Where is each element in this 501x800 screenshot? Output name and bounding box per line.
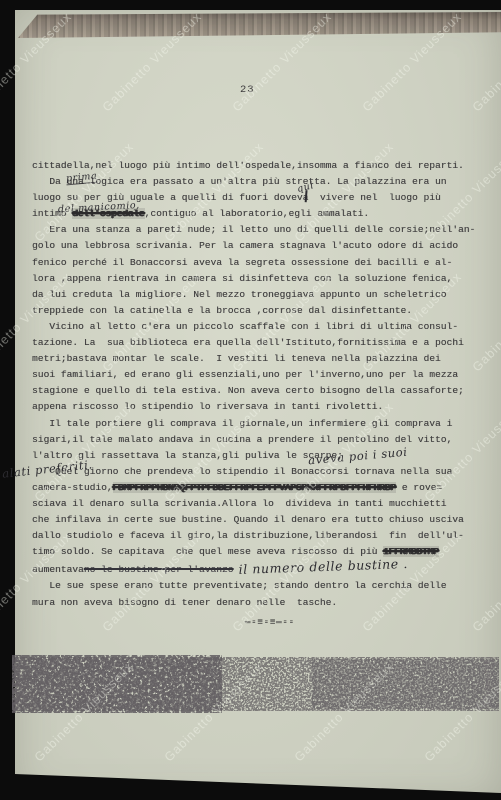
grain-noise-image <box>12 655 499 713</box>
scanned-document-photo: { "page_number": "23", "watermark": { "t… <box>0 0 501 800</box>
handwritten-text: il numero delle bustine . <box>233 556 407 578</box>
typed-text: intimo <box>32 208 72 219</box>
typescript-line: mura non aveva bisogno di tener denaro n… <box>32 595 487 611</box>
typescript-line: Quel giorno che prendeva lo stipendio il… <box>32 464 487 480</box>
typescript-line: timo soldo. Se capitava che quel mese av… <box>32 544 487 560</box>
typed-text: Vicino al letto c'era un piccolo scaffal… <box>32 321 458 332</box>
typed-text: dallo studiolo e faceva il giro,la distr… <box>32 530 464 541</box>
typescript-line: Vicino al letto c'era un piccolo scaffal… <box>32 319 487 335</box>
struck-text: FBMPFRPPHBNRQFPTPFBBEFFRPFEPFPVAPSPHRFFR… <box>113 482 396 493</box>
typed-text: camera-studio, <box>32 482 113 493</box>
typescript-line: stagione e quello di tela estiva. Non av… <box>32 383 487 399</box>
typescript-line: intimo dell'ospedale,contiguo al laborat… <box>32 206 487 222</box>
typed-text: che infilava in certe sue bustine. Quand… <box>32 514 464 525</box>
typed-text: metri;bastava montar le scale. I vestiti… <box>32 353 441 364</box>
typescript-line: sciava il denaro sulla scrivania.Allora … <box>32 496 487 512</box>
typescript-line: golo una lebbrosa scrivania. Per la came… <box>32 238 487 254</box>
typescript-line: suoi familiari, ed erano gli essenziali,… <box>32 367 487 383</box>
typescript-line: Era una stanza a pareti nude; il letto u… <box>32 222 487 238</box>
typed-text: —-=-=—-- <box>32 617 295 628</box>
typed-text: treppiede con la catinella e la brocca ,… <box>32 305 412 316</box>
struck-text: dell'ospedale <box>72 208 144 219</box>
typed-text: tazione. La sua biblioteca era quella de… <box>32 337 464 348</box>
typescript-line: dallo studiolo e faceva il giro,la distr… <box>32 528 487 544</box>
typed-text: golo una lebbrosa scrivania. Per la came… <box>32 240 458 251</box>
typescript-line: treppiede con la catinella e la brocca ,… <box>32 303 487 319</box>
page-number: 23 <box>240 84 255 96</box>
grain-texture-band <box>12 655 499 713</box>
typed-text: mura non aveva bisogno di tener denaro n… <box>32 597 337 608</box>
typescript-line: tazione. La sua biblioteca era quella de… <box>32 335 487 351</box>
typed-text: timo soldo. Se capitava che quel mese av… <box>32 546 383 557</box>
typescript-line: Le sue spese erano tutte preventivate; s… <box>32 578 487 594</box>
typed-text: Il tale portiere gli comprava il giornal… <box>32 418 452 429</box>
typed-text: aumentava <box>32 564 84 575</box>
struck-text: no le bustine per l'avanzo <box>84 564 234 575</box>
typed-text: fenico perché il Bonaccorsi aveva la seg… <box>32 257 452 268</box>
typescript-line: Il tale portiere gli comprava il giornal… <box>32 416 487 432</box>
typescript-line: l'altro gli rassettava la stanza,gli pul… <box>32 448 487 464</box>
typed-text: sigari,il tale malato andava in cucina a… <box>32 434 452 445</box>
typed-text: l'altro gli rassettava la stanza,gli pul… <box>32 450 343 461</box>
typewritten-text-block: cittadella,nel luogo più intimo dell'osp… <box>32 158 487 631</box>
typescript-line: aumentavano le bustine per l'avanzo il n… <box>32 560 487 578</box>
typescript-line: da lui creduta la migliore. Nel mezzo tr… <box>32 287 487 303</box>
typescript-line: —-=-=—-- <box>32 615 487 631</box>
typed-text: sciava il denaro sulla scrivania.Allora … <box>32 498 447 509</box>
typescript-line: cittadella,nel luogo più intimo dell'osp… <box>32 158 487 174</box>
typed-text: cittadella,nel luogo più intimo dell'osp… <box>32 160 464 171</box>
typed-text: stagione e quello di tela estiva. Non av… <box>32 385 464 396</box>
typed-text: Da una logica era passato a un'altra più… <box>32 176 447 187</box>
typescript-line: fenico perché il Bonaccorsi aveva la seg… <box>32 255 487 271</box>
typed-text: ,contiguo al laboratorio,egli ammalati. <box>145 208 370 219</box>
typed-text: Quel giorno che prendeva lo stipendio il… <box>32 466 452 477</box>
typescript-line: metri;bastava montar le scale. I vestiti… <box>32 351 487 367</box>
typescript-line: luogo su per giù uguale a quelli di fuor… <box>32 190 487 206</box>
typed-text: suoi familiari, ed erano gli essenziali,… <box>32 369 458 380</box>
typed-text: Le sue spese erano tutte preventivate; s… <box>32 580 447 591</box>
typed-text: Era una stanza a pareti nude; il letto u… <box>32 224 475 235</box>
typescript-line: appena riscosso lo stipendio lo riversav… <box>32 399 487 415</box>
typed-text: appena riscosso lo stipendio lo riversav… <box>32 401 383 412</box>
typescript-line: lora ,appena rientrava in camera si disi… <box>32 271 487 287</box>
typed-text: da lui creduta la migliore. Nel mezzo tr… <box>32 289 447 300</box>
typescript-line: che infilava in certe sue bustine. Quand… <box>32 512 487 528</box>
typed-text: luogo su per giù uguale a quelli di fuor… <box>32 192 441 203</box>
typed-text: e rove= <box>396 482 442 493</box>
typescript-line: camera-studio,FBMPFRPPHBNRQFPTPFBBEFFRPF… <box>32 480 487 496</box>
typescript-line: sigari,il tale malato andava in cucina a… <box>32 432 487 448</box>
typescript-line: Da una logica era passato a un'altra più… <box>32 174 487 190</box>
typed-text: lora ,appena rientrava in camera si disi… <box>32 273 452 284</box>
